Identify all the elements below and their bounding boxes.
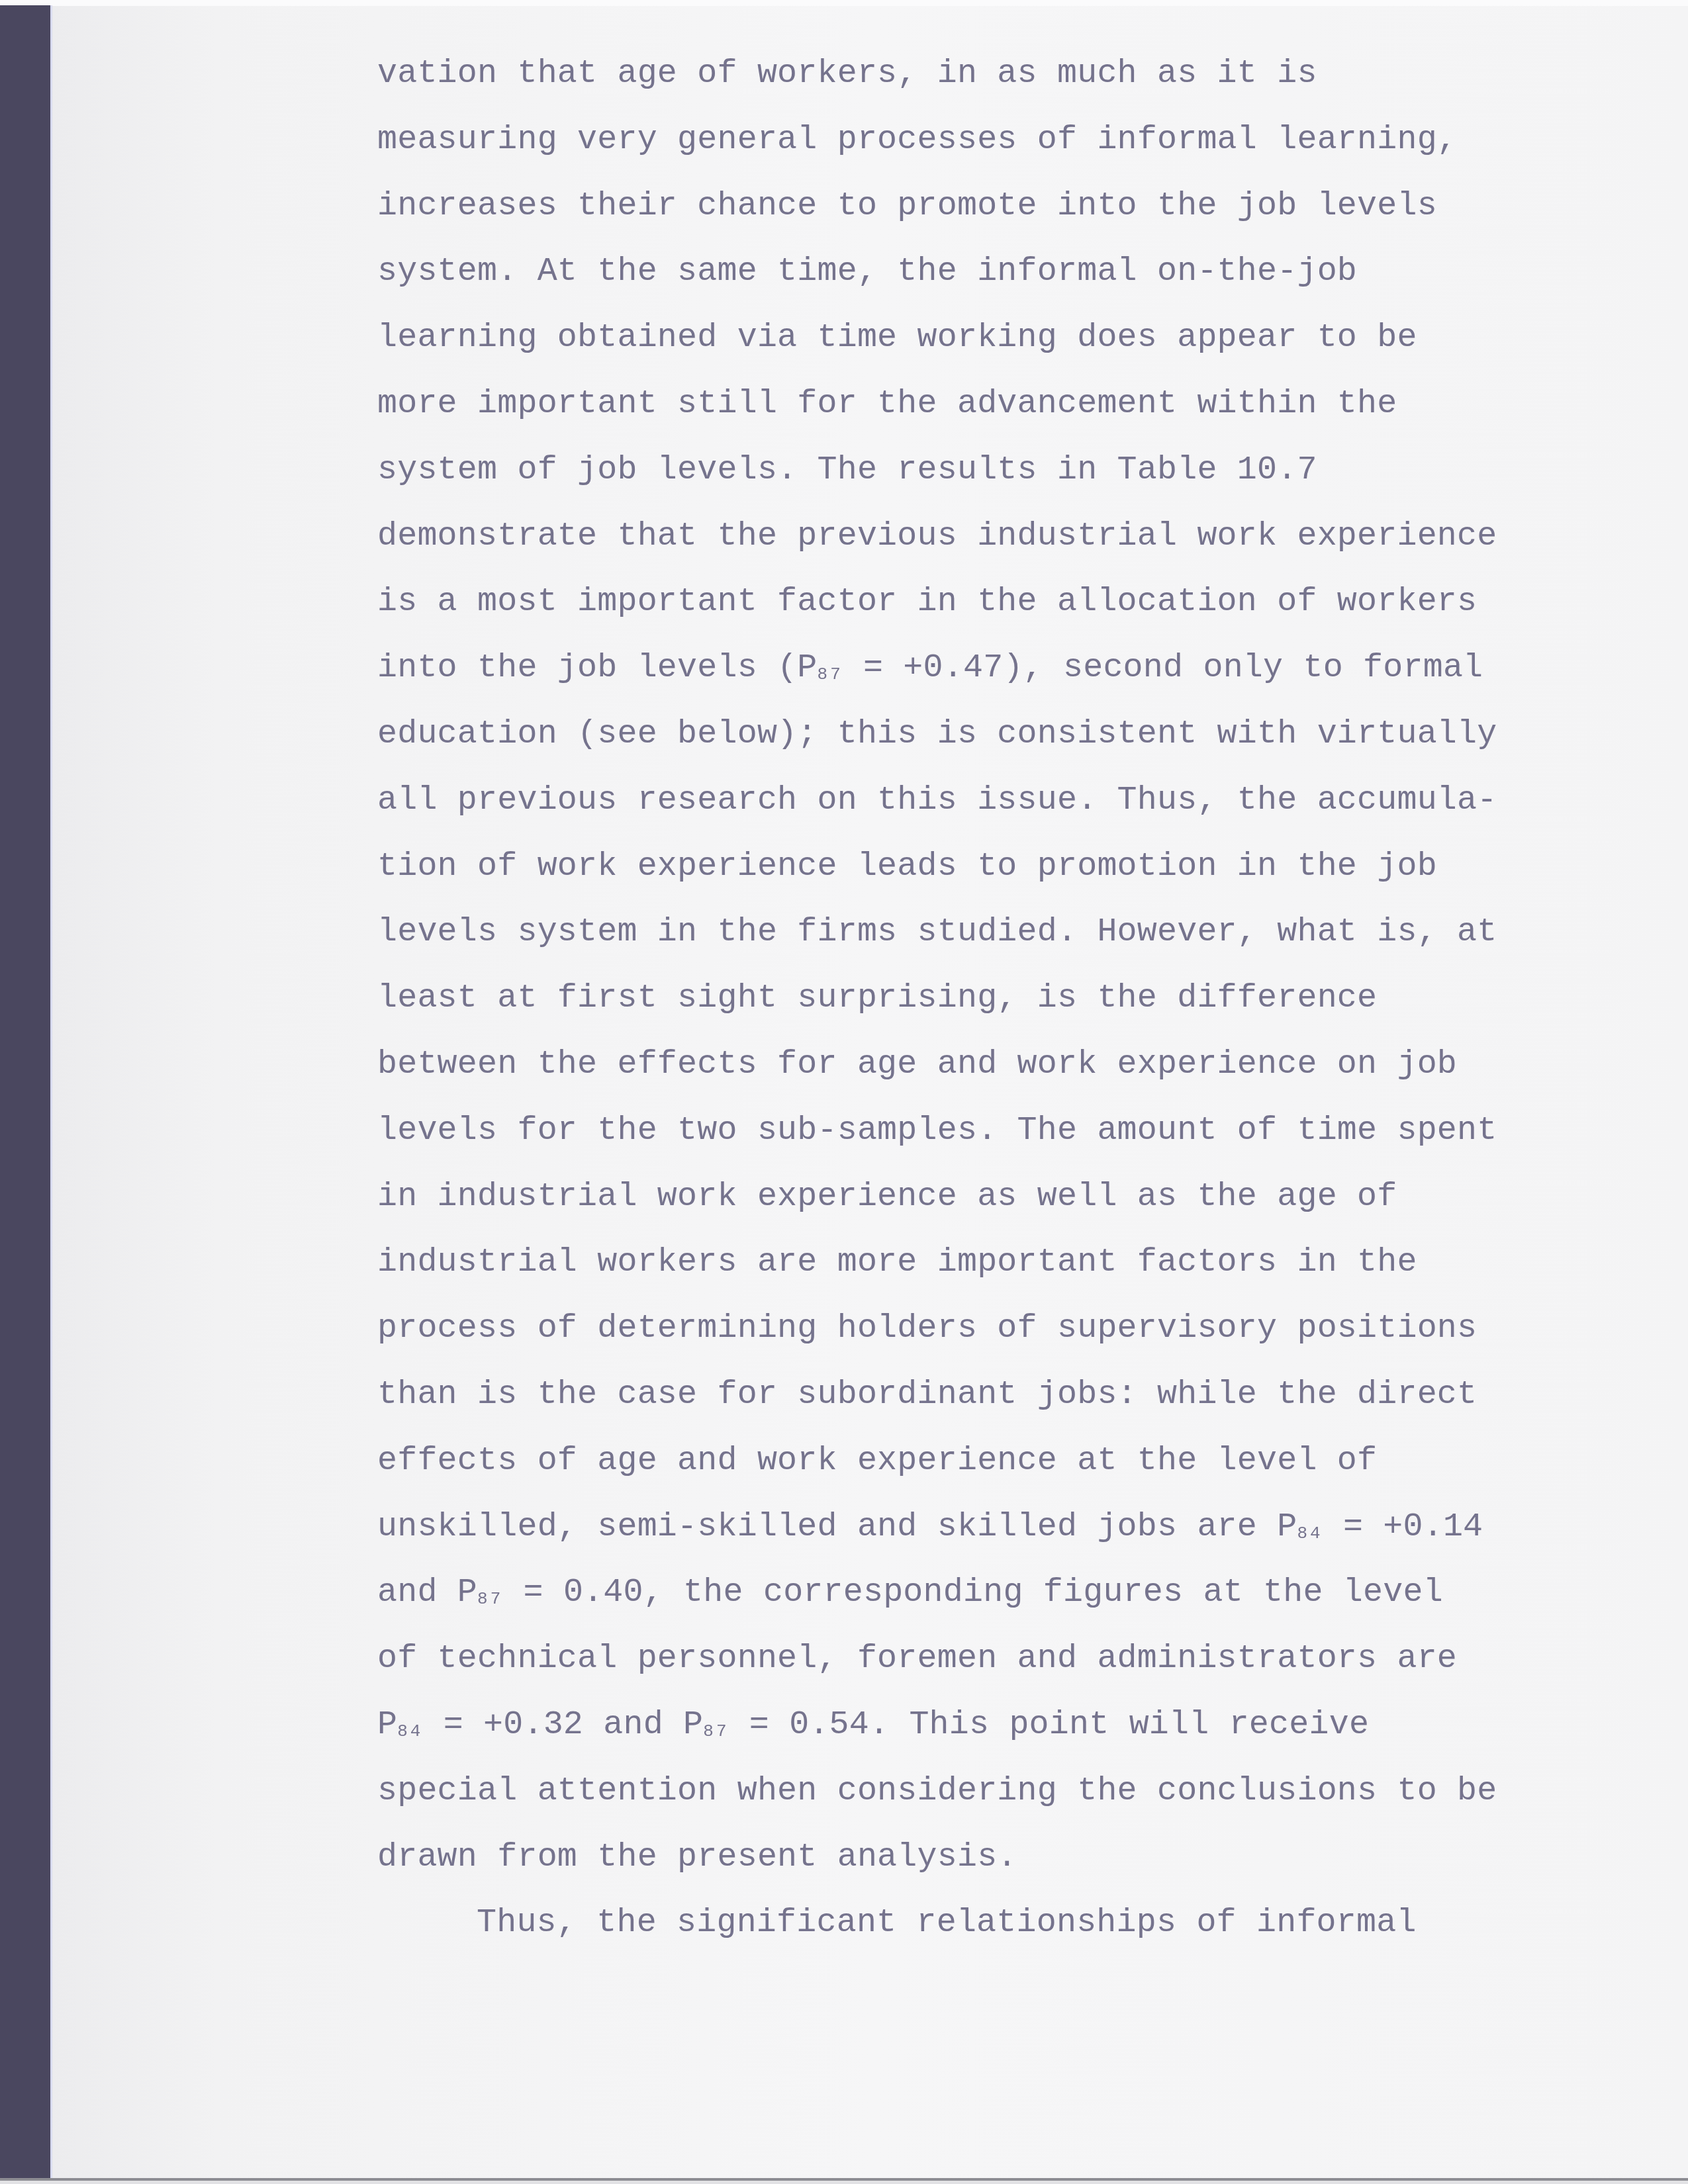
text-line: levels for the two sub-samples. The amou… — [377, 1098, 1497, 1164]
subscript: 84 — [397, 1721, 423, 1741]
text-line: tion of work experience leads to promoti… — [377, 834, 1497, 900]
text-line: special attention when considering the c… — [377, 1758, 1497, 1825]
scan-bottom-strip — [0, 2181, 1688, 2184]
text-line: demonstrate that the previous industrial… — [377, 504, 1497, 570]
text-line: is a most important factor in the alloca… — [377, 569, 1497, 635]
text-line: least at first sight surprising, is the … — [377, 966, 1497, 1032]
text-line: vation that age of workers, in as much a… — [377, 41, 1497, 107]
text-line: than is the case for subordinant jobs: w… — [377, 1362, 1497, 1428]
text-line: system. At the same time, the informal o… — [377, 239, 1497, 305]
text-line: learning obtained via time working does … — [377, 305, 1497, 371]
text-line: effects of age and work experience at th… — [377, 1428, 1497, 1494]
text-line: levels system in the firms studied. Howe… — [377, 899, 1497, 966]
scan-top-edge — [0, 0, 1688, 6]
text-line: measuring very general processes of info… — [377, 107, 1497, 173]
text-line: all previous research on this issue. Thu… — [377, 768, 1497, 834]
text-line: industrial workers are more important fa… — [377, 1230, 1497, 1296]
text-line: between the effects for age and work exp… — [377, 1032, 1497, 1098]
text-line: P84 = +0.32 and P87 = 0.54. This point w… — [377, 1692, 1497, 1758]
text-line: drawn from the present analysis. — [377, 1825, 1497, 1891]
text-line: Thus, the significant relationships of i… — [377, 1890, 1497, 1956]
text-line: process of determining holders of superv… — [377, 1296, 1497, 1362]
subscript: 87 — [703, 1721, 729, 1741]
subscript: 84 — [1297, 1524, 1323, 1543]
subscript: 87 — [818, 664, 843, 684]
text-line: more important still for the advancement… — [377, 371, 1497, 437]
subscript: 87 — [477, 1589, 503, 1609]
text-line: system of job levels. The results in Tab… — [377, 437, 1497, 504]
text-line: education (see below); this is consisten… — [377, 702, 1497, 768]
text-line: and P87 = 0.40, the corresponding figure… — [377, 1560, 1497, 1626]
body-text: vation that age of workers, in as much a… — [377, 41, 1497, 1956]
text-line: in industrial work experience as well as… — [377, 1164, 1497, 1230]
scan-binding-edge — [0, 5, 52, 2179]
text-line: unskilled, semi-skilled and skilled jobs… — [377, 1494, 1497, 1561]
text-line: of technical personnel, foremen and admi… — [377, 1626, 1497, 1692]
text-line: into the job levels (P87 = +0.47), secon… — [377, 635, 1497, 702]
text-line: increases their chance to promote into t… — [377, 173, 1497, 240]
